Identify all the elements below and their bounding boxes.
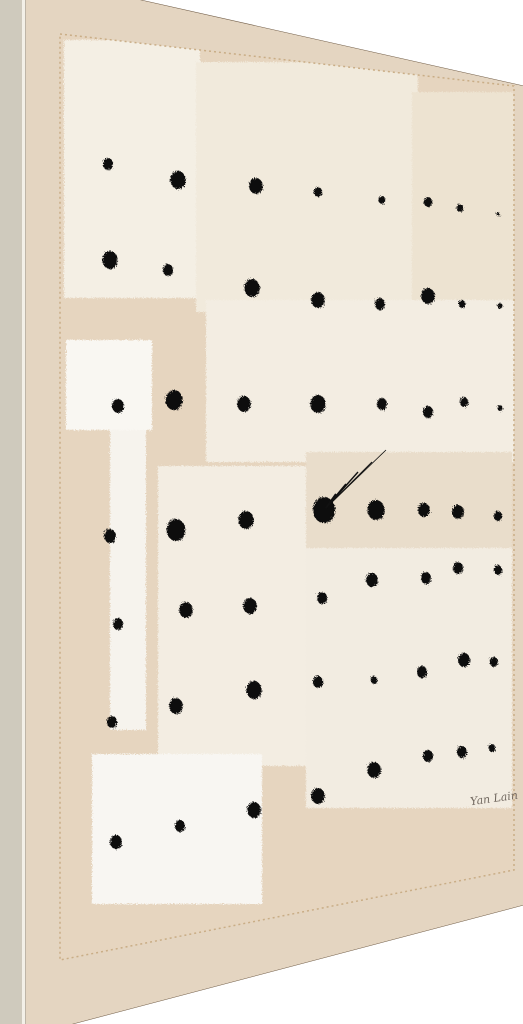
ink-dot <box>311 788 325 804</box>
ink-dot <box>107 716 117 728</box>
ink-dot <box>244 279 259 297</box>
ink-dot <box>169 698 183 714</box>
ink-dot <box>489 744 496 752</box>
paint-patch <box>196 62 418 312</box>
ink-dot <box>497 303 502 309</box>
ink-dot <box>110 835 122 849</box>
ink-dot <box>423 406 433 418</box>
ink-dot <box>494 511 503 521</box>
ink-dot <box>113 618 123 630</box>
ink-dot <box>103 158 113 170</box>
ink-dot <box>166 390 183 410</box>
ink-dot <box>460 397 469 407</box>
ink-dot <box>377 398 387 410</box>
ink-dot <box>175 820 185 832</box>
ink-dot <box>453 562 463 574</box>
paint-patch <box>158 466 308 766</box>
ink-dot <box>417 666 427 678</box>
ink-dot <box>246 681 261 699</box>
ink-dot <box>379 196 386 204</box>
painting-photo <box>0 0 523 1024</box>
ink-dot <box>452 505 464 519</box>
ink-dot <box>249 178 263 194</box>
ink-dot <box>237 396 251 412</box>
ink-dot <box>459 300 466 308</box>
ink-dot <box>170 171 185 189</box>
ink-dot <box>163 264 173 276</box>
ink-dot <box>167 519 186 541</box>
ink-dot <box>494 565 503 575</box>
ink-dot <box>418 503 430 517</box>
ink-dot <box>310 395 325 413</box>
ink-dot <box>179 602 193 618</box>
paint-patch <box>306 452 512 548</box>
frame-side <box>0 0 22 1024</box>
ink-dot <box>366 573 378 587</box>
ink-dot <box>317 592 327 604</box>
ink-dot <box>313 676 323 688</box>
ink-dot <box>247 802 261 818</box>
ink-dot <box>112 399 124 413</box>
ink-dot <box>367 762 381 778</box>
paint-patch <box>66 340 152 430</box>
ink-dot <box>424 197 433 207</box>
frame-inner-edge <box>22 0 26 1024</box>
paint-patch <box>206 300 514 462</box>
ink-dot <box>421 572 431 584</box>
ink-dot <box>104 529 116 543</box>
painted-area <box>40 20 523 980</box>
paint-patch <box>64 40 200 298</box>
ink-dot <box>243 598 257 614</box>
ink-dot <box>458 653 470 667</box>
ink-dot <box>457 746 467 758</box>
ink-dot <box>497 405 502 411</box>
paint-patch <box>306 548 512 808</box>
ink-dot <box>238 511 253 529</box>
ink-dot <box>311 292 325 308</box>
paint-patch <box>110 430 146 730</box>
ink-dot <box>421 288 435 304</box>
ink-dot <box>423 750 433 762</box>
ink-dot <box>314 187 323 197</box>
ink-dot <box>496 212 499 216</box>
ink-dot <box>375 298 385 310</box>
ink-dot <box>371 676 378 684</box>
ink-dot <box>368 500 385 520</box>
ink-dot <box>457 204 464 212</box>
ink-dot <box>490 657 499 667</box>
ink-dot <box>102 251 117 269</box>
